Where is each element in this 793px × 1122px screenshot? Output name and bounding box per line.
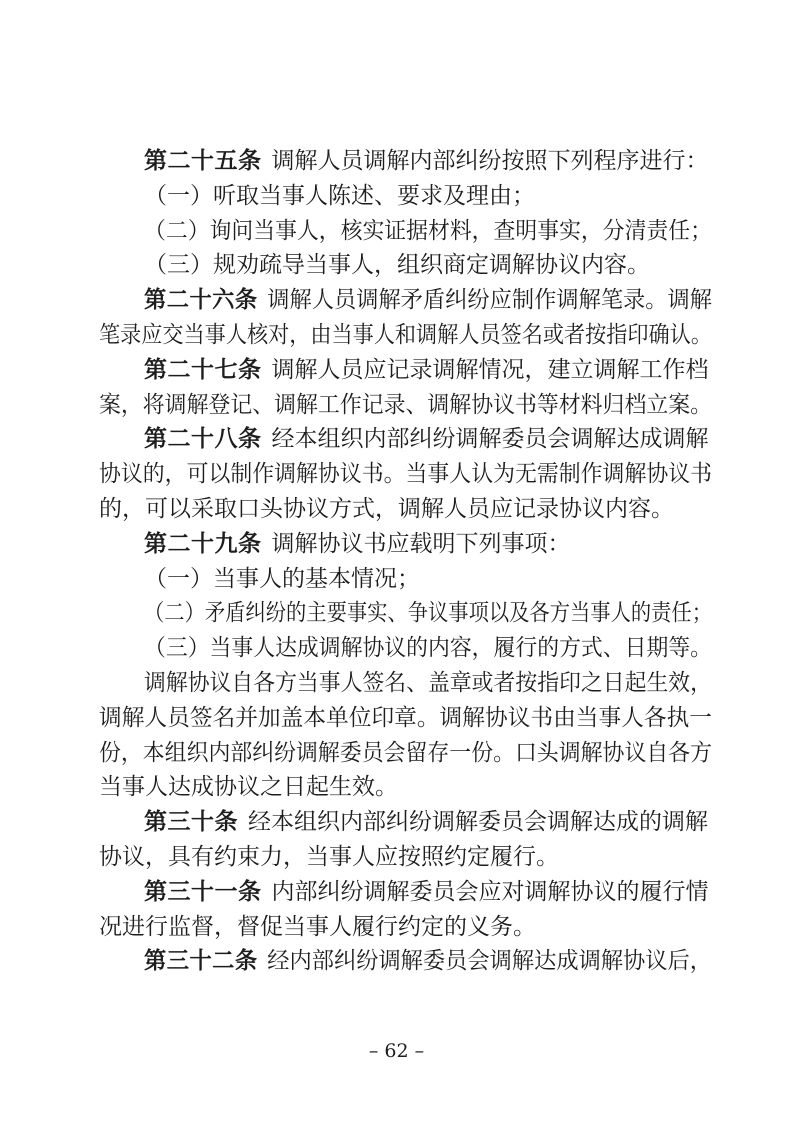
line-text: 当事人达成协议之日起生效。: [99, 774, 398, 799]
line-text: 经本组织内部纠纷调解委员会调解达成的调解: [248, 809, 708, 834]
text-line: （一）当事人的基本情况；: [99, 562, 712, 597]
article-line: 第三十条经本组织内部纠纷调解委员会调解达成的调解: [99, 805, 712, 840]
article-number-heading: 第二十九条: [144, 531, 262, 556]
line-text: 份，本组织内部纠纷调解委员会留存一份。口头调解协议自各方: [99, 740, 712, 765]
line-text: 笔录应交当事人核对，由当事人和调解人员签名或者按指印确认。: [99, 322, 712, 347]
line-text: 况进行监督，督促当事人履行约定的义务。: [99, 914, 536, 939]
document-body: 第二十五条调解人员调解内部纠纷按照下列程序进行：（一）听取当事人陈述、要求及理由…: [99, 144, 712, 979]
line-text: 调解协议自各方当事人签名、盖章或者按指印之日起生效，: [144, 670, 712, 695]
line-text: （二）询问当事人，核实证据材料，查明事实，分清责任；: [144, 218, 712, 243]
text-line: 案，将调解登记、调解工作记录、调解协议书等材料归档立案。: [99, 388, 712, 423]
text-line: （二）询问当事人，核实证据材料，查明事实，分清责任；: [99, 214, 712, 249]
line-text: 内部纠纷调解委员会应对调解协议的履行情: [272, 879, 709, 904]
line-content: 第三十二条经内部纠纷调解委员会调解达成调解协议后，: [144, 944, 712, 979]
line-content: 案，将调解登记、调解工作记录、调解协议书等材料归档立案。: [99, 388, 712, 423]
line-content: 的，可以采取口头协议方式，调解人员应记录协议内容。: [99, 492, 674, 527]
text-line: （一）听取当事人陈述、要求及理由；: [99, 179, 712, 214]
line-text: （三）规劝疏导当事人，组织商定调解协议内容。: [144, 252, 650, 277]
text-line: （二）矛盾纠纷的主要事实、争议事项以及各方当事人的责任；: [99, 596, 712, 631]
article-number-heading: 第二十五条: [144, 148, 262, 173]
page-number: – 62 –: [0, 1040, 793, 1062]
line-text: 协议的，可以制作调解协议书。当事人认为无需制作调解协议书: [99, 461, 712, 486]
line-content: 协议，具有约束力，当事人应按照约定履行。: [99, 840, 559, 875]
line-content: 笔录应交当事人核对，由当事人和调解人员签名或者按指印确认。: [99, 318, 712, 353]
line-content: 份，本组织内部纠纷调解委员会留存一份。口头调解协议自各方: [99, 736, 712, 771]
line-content: 况进行监督，督促当事人履行约定的义务。: [99, 910, 536, 945]
line-text: （三）当事人达成调解协议的内容，履行的方式、日期等。: [144, 635, 712, 660]
line-content: 第二十五条调解人员调解内部纠纷按照下列程序进行：: [144, 144, 709, 179]
text-line: 的，可以采取口头协议方式，调解人员应记录协议内容。: [99, 492, 712, 527]
article-number-heading: 第三十条: [144, 809, 238, 834]
line-text: （二）矛盾纠纷的主要事实、争议事项以及各方当事人的责任；: [144, 600, 712, 625]
line-content: （三）当事人达成调解协议的内容，履行的方式、日期等。: [144, 631, 712, 666]
line-content: （三）规劝疏导当事人，组织商定调解协议内容。: [144, 248, 650, 283]
article-line: 第二十八条经本组织内部纠纷调解委员会调解达成调解: [99, 422, 712, 457]
article-line: 第三十一条内部纠纷调解委员会应对调解协议的履行情: [99, 875, 712, 910]
article-number-heading: 第二十七条: [144, 357, 262, 382]
line-content: 第三十条经本组织内部纠纷调解委员会调解达成的调解: [144, 805, 708, 840]
text-line: 当事人达成协议之日起生效。: [99, 770, 712, 805]
line-text: （一）当事人的基本情况；: [144, 566, 420, 591]
line-text: 调解人员调解内部纠纷按照下列程序进行：: [272, 148, 709, 173]
line-content: （一）当事人的基本情况；: [144, 562, 420, 597]
line-text: 案，将调解登记、调解工作记录、调解协议书等材料归档立案。: [99, 392, 712, 417]
text-line: 协议的，可以制作调解协议书。当事人认为无需制作调解协议书: [99, 457, 712, 492]
line-text: 经本组织内部纠纷调解委员会调解达成调解: [272, 426, 709, 451]
article-number-heading: 第三十二条: [144, 948, 258, 973]
article-line: 第二十九条调解协议书应载明下列事项：: [99, 527, 712, 562]
line-content: （二）矛盾纠纷的主要事实、争议事项以及各方当事人的责任；: [144, 596, 712, 631]
line-content: 调解人员签名并加盖本单位印章。调解协议书由当事人各执一: [99, 701, 712, 736]
article-line: 第二十七条调解人员应记录调解情况，建立调解工作档: [99, 353, 712, 388]
article-number-heading: 第三十一条: [144, 879, 262, 904]
text-line: （三）规劝疏导当事人，组织商定调解协议内容。: [99, 248, 712, 283]
text-line: 份，本组织内部纠纷调解委员会留存一份。口头调解协议自各方: [99, 736, 712, 771]
text-line: 协议，具有约束力，当事人应按照约定履行。: [99, 840, 712, 875]
line-content: 第二十七条调解人员应记录调解情况，建立调解工作档: [144, 353, 709, 388]
text-line: （三）当事人达成调解协议的内容，履行的方式、日期等。: [99, 631, 712, 666]
line-content: 当事人达成协议之日起生效。: [99, 770, 398, 805]
line-content: 调解协议自各方当事人签名、盖章或者按指印之日起生效，: [144, 666, 712, 701]
line-text: 调解人员调解矛盾纠纷应制作调解笔录。调解: [267, 287, 712, 312]
line-content: 协议的，可以制作调解协议书。当事人认为无需制作调解协议书: [99, 457, 712, 492]
line-text: 经内部纠纷调解委员会调解达成调解协议后，: [267, 948, 712, 973]
line-content: 第二十六条调解人员调解矛盾纠纷应制作调解笔录。调解: [144, 283, 712, 318]
article-number-heading: 第二十八条: [144, 426, 262, 451]
line-content: 第三十一条内部纠纷调解委员会应对调解协议的履行情: [144, 875, 709, 910]
text-line: 况进行监督，督促当事人履行约定的义务。: [99, 910, 712, 945]
line-content: 第二十九条调解协议书应载明下列事项：: [144, 527, 571, 562]
text-line: 调解协议自各方当事人签名、盖章或者按指印之日起生效，: [99, 666, 712, 701]
text-line: 调解人员签名并加盖本单位印章。调解协议书由当事人各执一: [99, 701, 712, 736]
line-content: （一）听取当事人陈述、要求及理由；: [144, 179, 535, 214]
line-content: 第二十八条经本组织内部纠纷调解委员会调解达成调解: [144, 422, 709, 457]
line-text: （一）听取当事人陈述、要求及理由；: [144, 183, 535, 208]
article-number-heading: 第二十六条: [144, 287, 258, 312]
document-page: 第二十五条调解人员调解内部纠纷按照下列程序进行：（一）听取当事人陈述、要求及理由…: [0, 0, 793, 1122]
line-text: 协议，具有约束力，当事人应按照约定履行。: [99, 844, 559, 869]
text-line: 笔录应交当事人核对，由当事人和调解人员签名或者按指印确认。: [99, 318, 712, 353]
line-text: 调解协议书应载明下列事项：: [272, 531, 571, 556]
article-line: 第二十五条调解人员调解内部纠纷按照下列程序进行：: [99, 144, 712, 179]
article-line: 第三十二条经内部纠纷调解委员会调解达成调解协议后，: [99, 944, 712, 979]
line-text: 的，可以采取口头协议方式，调解人员应记录协议内容。: [99, 496, 674, 521]
line-text: 调解人员应记录调解情况，建立调解工作档: [272, 357, 709, 382]
line-text: 调解人员签名并加盖本单位印章。调解协议书由当事人各执一: [99, 705, 712, 730]
article-line: 第二十六条调解人员调解矛盾纠纷应制作调解笔录。调解: [99, 283, 712, 318]
line-content: （二）询问当事人，核实证据材料，查明事实，分清责任；: [144, 214, 712, 249]
